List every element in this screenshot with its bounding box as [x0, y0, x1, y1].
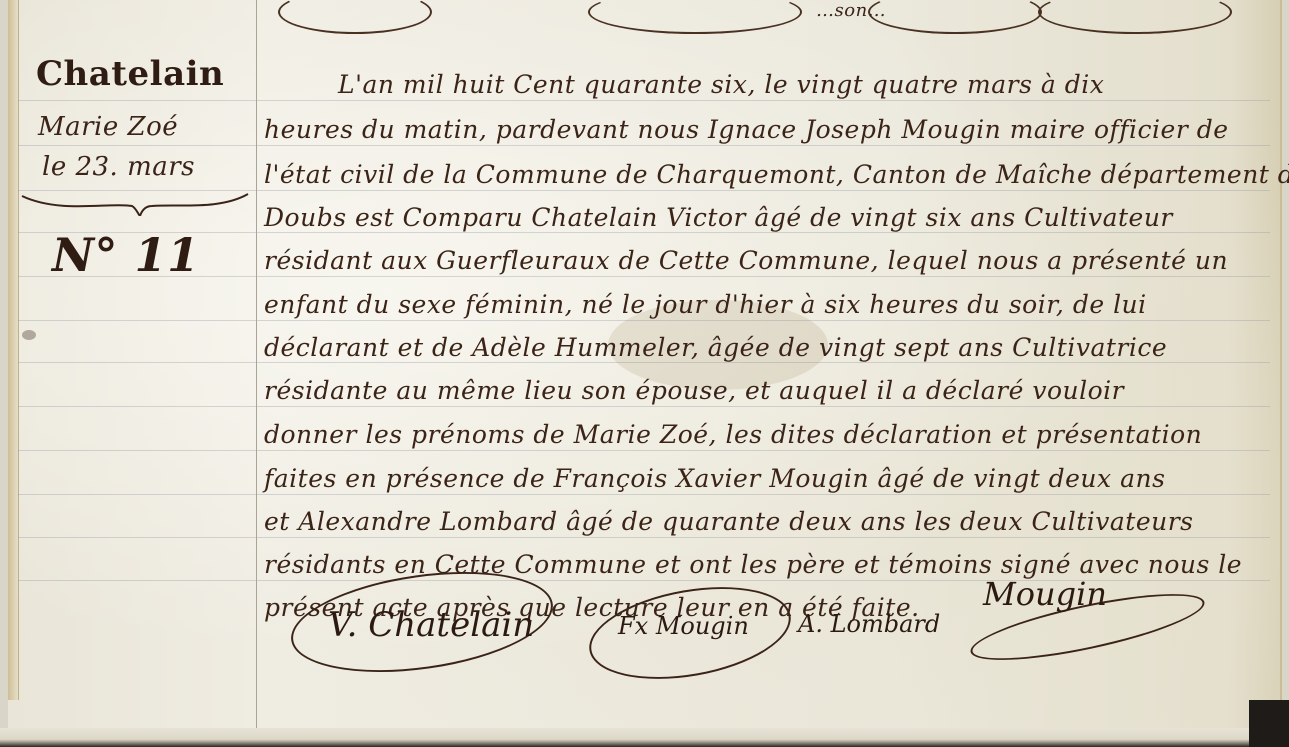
- ruled-line: [18, 406, 1270, 407]
- previous-signature-flourish: [868, 0, 1042, 34]
- ruled-line: [18, 537, 1270, 538]
- margin-brace-flourish: [20, 192, 250, 216]
- ruled-line: [18, 145, 1270, 146]
- register-page: …son… Chatelain Marie Zoé le 23. mars N°…: [8, 0, 1282, 730]
- previous-signature-flourish: [588, 0, 802, 34]
- record-line-9: donner les prénoms de Marie Zoé, les dit…: [264, 420, 1202, 449]
- ruled-line: [18, 232, 1270, 233]
- book-binding: [1249, 700, 1289, 747]
- record-number: N° 11: [52, 228, 200, 282]
- page-bottom-edge: [0, 728, 1289, 747]
- ruled-line: [18, 276, 1270, 277]
- record-line-10: faites en présence de François Xavier Mo…: [264, 464, 1165, 493]
- record-line-11: et Alexandre Lombard âgé de quarante deu…: [264, 507, 1194, 536]
- record-line-1: L'an mil huit Cent quarante six, le ving…: [338, 70, 1104, 99]
- page-left-edge: [8, 0, 19, 700]
- margin-given-names: Marie Zoé: [38, 112, 178, 142]
- ink-spot: [22, 330, 36, 340]
- record-line-8: résidante au même lieu son épouse, et au…: [264, 376, 1124, 405]
- previous-signature-flourish: [1038, 0, 1232, 34]
- record-line-7: déclarant et de Adèle Hummeler, âgée de …: [264, 333, 1167, 362]
- ruled-line: [18, 494, 1270, 495]
- record-line-3: l'état civil de la Commune de Charquemon…: [264, 160, 1289, 189]
- signature-witness-mougin: Fx Mougin: [618, 612, 749, 640]
- signature-father: V. Chatelain: [328, 605, 534, 645]
- previous-signature-flourish: [278, 0, 432, 34]
- record-line-6: enfant du sexe féminin, né le jour d'hie…: [264, 290, 1147, 319]
- margin-rule: [256, 0, 257, 728]
- record-line-4: Doubs est Comparu Chatelain Victor âgé d…: [264, 203, 1173, 232]
- signature-mayor: Mougin: [983, 575, 1107, 613]
- signature-witness-lombard: A. Lombard: [798, 610, 940, 638]
- record-line-5: résidant aux Guerfleuraux de Cette Commu…: [264, 246, 1228, 275]
- margin-date: le 23. mars: [42, 152, 195, 182]
- previous-signature-fragment: …son…: [816, 0, 886, 21]
- record-line-2: heures du matin, pardevant nous Ignace J…: [264, 115, 1229, 144]
- ruled-line: [18, 190, 1270, 191]
- ruled-line: [18, 100, 1270, 101]
- margin-surname: Chatelain: [36, 54, 224, 94]
- ruled-line: [18, 450, 1270, 451]
